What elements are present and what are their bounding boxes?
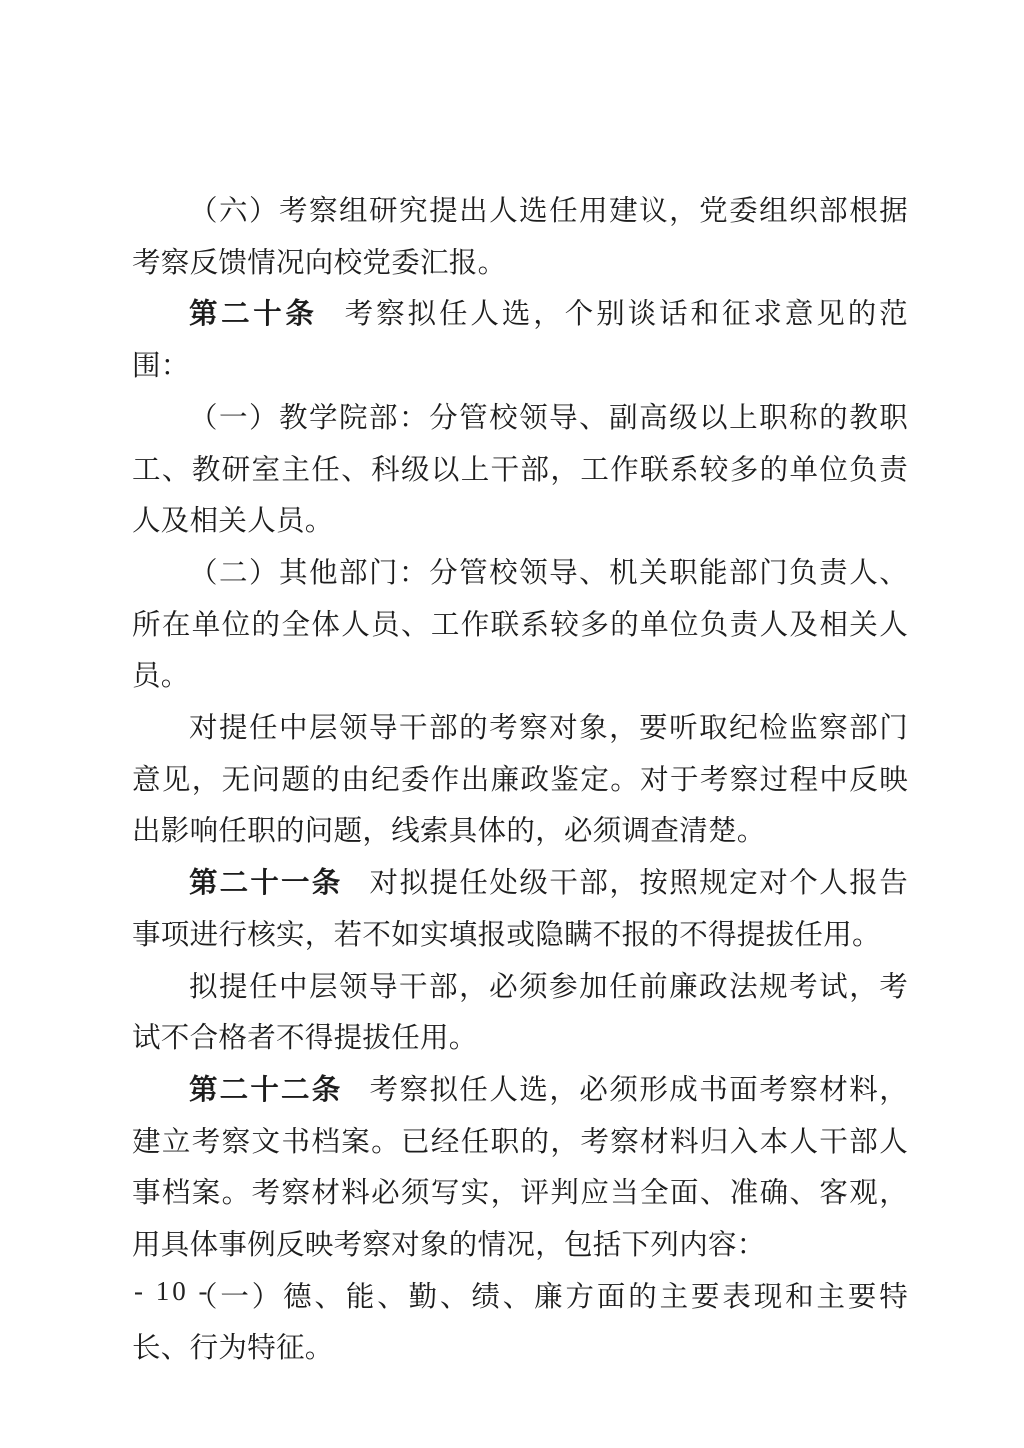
paragraph: （一）德、能、勤、绩、廉方面的主要表现和主要特长、行为特征。 bbox=[132, 1272, 908, 1375]
paragraph-text: 对提任中层领导干部的考察对象，要听取纪检监察部门意见，无问题的由纪委作出廉政鉴定… bbox=[132, 713, 908, 847]
paragraph: 第二十一条对拟提任处级干部，按照规定对个人报告事项进行核实，若不如实填报或隐瞒不… bbox=[132, 858, 908, 961]
article-number: 第二十二条 bbox=[189, 1074, 342, 1106]
page-number: - 10 - bbox=[134, 1276, 210, 1307]
document-page: （六）考察组研究提出人选任用建议，党委组织部根据考察反馈情况向校党委汇报。 第二… bbox=[0, 0, 1024, 1448]
paragraph: （一）教学院部：分管校领导、副高级以上职称的教职工、教研室主任、科级以上干部，工… bbox=[132, 393, 908, 548]
paragraph: 第二十二条考察拟任人选，必须形成书面考察材料，建立考察文书档案。已经任职的，考察… bbox=[132, 1065, 908, 1272]
paragraph-text: （六）考察组研究提出人选任用建议，党委组织部根据考察反馈情况向校党委汇报。 bbox=[132, 196, 908, 279]
document-body: （六）考察组研究提出人选任用建议，党委组织部根据考察反馈情况向校党委汇报。 第二… bbox=[132, 186, 908, 1375]
paragraph: 第二十条考察拟任人选，个别谈话和征求意见的范围： bbox=[132, 289, 908, 392]
paragraph-text: （二）其他部门：分管校领导、机关职能部门负责人、所在单位的全体人员、工作联系较多… bbox=[132, 558, 908, 692]
paragraph-text: （一）教学院部：分管校领导、副高级以上职称的教职工、教研室主任、科级以上干部，工… bbox=[132, 403, 908, 537]
paragraph: 拟提任中层领导干部，必须参加任前廉政法规考试，考试不合格者不得提拔任用。 bbox=[132, 962, 908, 1065]
article-number: 第二十一条 bbox=[189, 867, 342, 899]
article-number: 第二十条 bbox=[189, 298, 318, 330]
paragraph-text: （一）德、能、勤、绩、廉方面的主要表现和主要特长、行为特征。 bbox=[132, 1282, 908, 1365]
paragraph-text: 拟提任中层领导干部，必须参加任前廉政法规考试，考试不合格者不得提拔任用。 bbox=[132, 972, 908, 1055]
paragraph: （二）其他部门：分管校领导、机关职能部门负责人、所在单位的全体人员、工作联系较多… bbox=[132, 548, 908, 703]
paragraph: （六）考察组研究提出人选任用建议，党委组织部根据考察反馈情况向校党委汇报。 bbox=[132, 186, 908, 289]
paragraph: 对提任中层领导干部的考察对象，要听取纪检监察部门意见，无问题的由纪委作出廉政鉴定… bbox=[132, 703, 908, 858]
